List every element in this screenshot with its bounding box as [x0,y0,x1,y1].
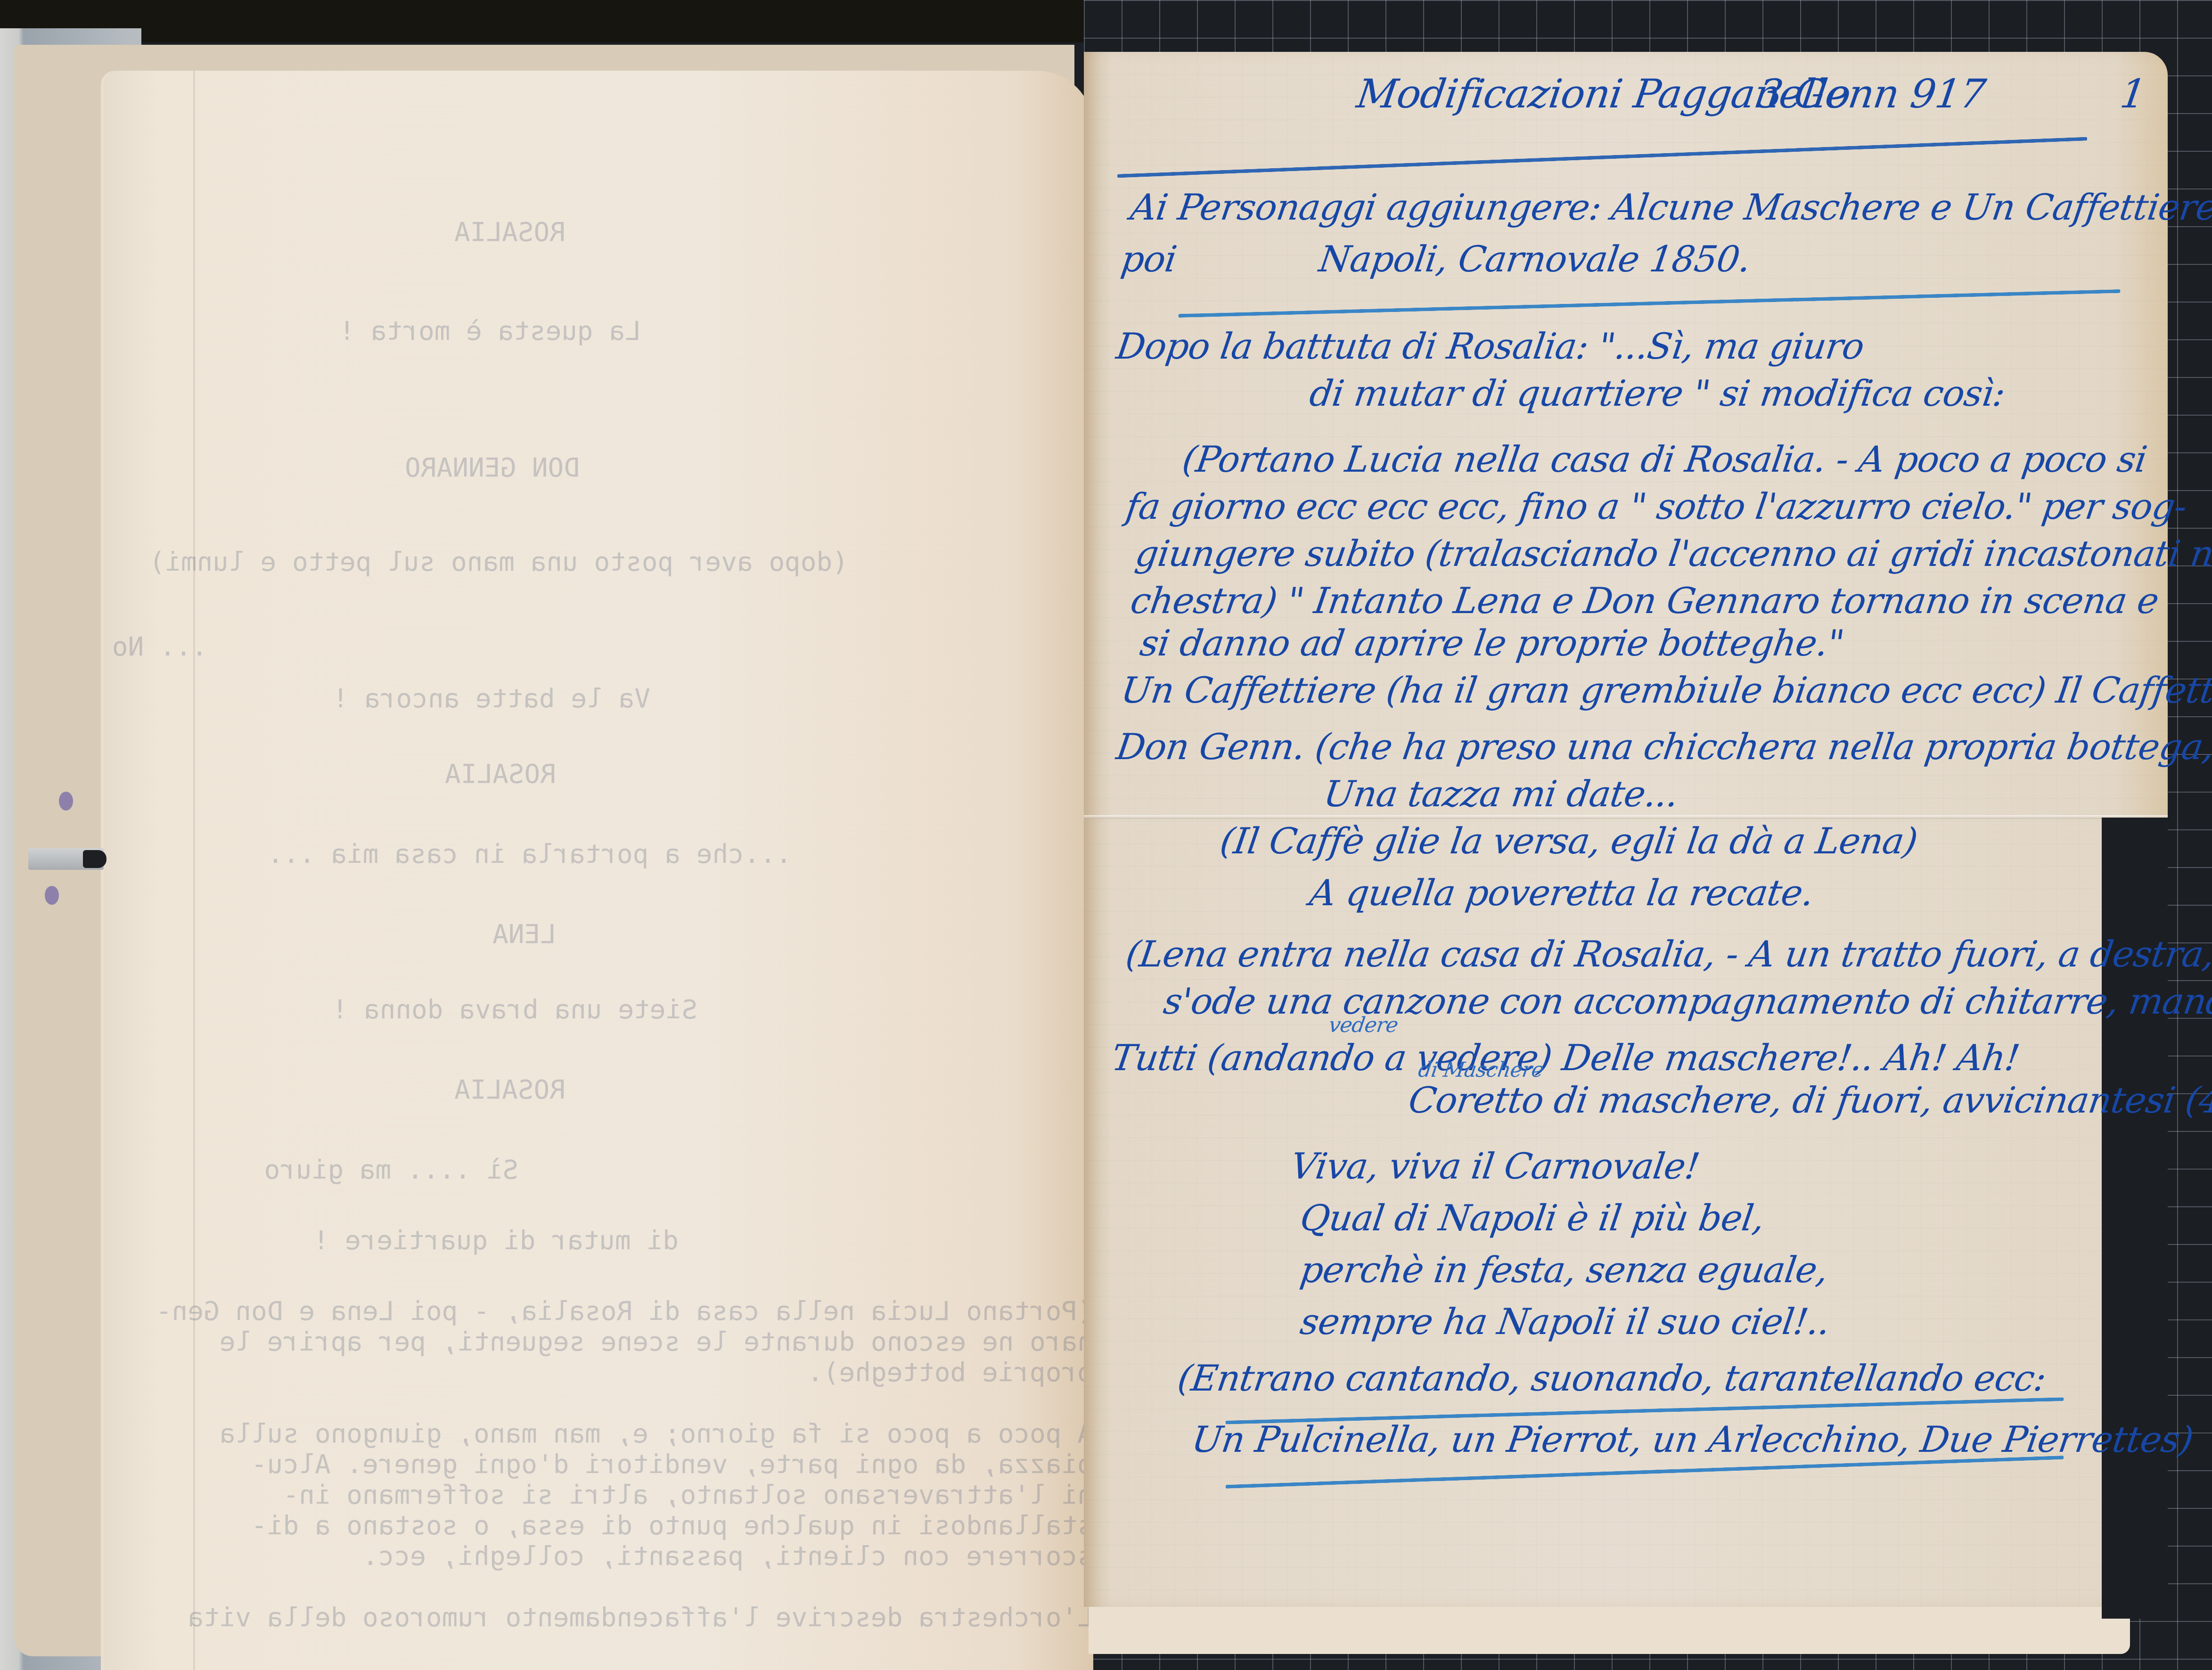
ink-stain [45,886,59,905]
manuscript-line: A quella poveretta la recate. [1307,872,1816,914]
manuscript-line: Ai Personaggi aggiungere: Alcune Mascher… [1128,186,2212,228]
manuscript-line: poi [1119,238,1179,280]
manuscript-line: fa giorno ecc ecc ecc, fino a " sotto l'… [1123,485,2189,527]
manuscript-line: (Lena entra nella casa di Rosalia, - A u… [1123,933,2212,975]
manuscript-line: giungere subito (tralasciando l'accenno … [1133,532,2212,574]
manuscript-line: Un Caffettiere (ha il gran grembiule bia… [1119,669,2212,711]
manuscript-line: Napoli, Carnovale 1850. [1317,238,1753,280]
ink-stain [59,792,73,810]
page-fold [1084,815,2168,819]
verse-line: Qual di Napoli è il più bel, [1298,1197,1767,1239]
verse-line: Viva, viva il Carnovale! [1288,1145,1702,1187]
interlinear-insertion: vedere [1327,1013,1399,1037]
interlinear-insertion: di Maschere [1417,1058,1545,1082]
manuscript-line: Tutti (andando a vedere) Delle maschere!… [1109,1037,2022,1079]
manuscript-line: si danno ad aprire le proprie botteghe." [1138,622,1847,664]
manuscript-date: 3 Genn 917 [1754,71,1988,117]
verse-line: sempre ha Napoli il suo ciel!.. [1298,1301,1833,1343]
manuscript-line: di mutar di quartiere " si modifica così… [1307,372,2008,414]
page-edge [193,71,195,1670]
left-page-typescript [104,71,1093,1670]
manuscript-line: Dopo la battuta di Rosalia: "...Sì, ma g… [1114,325,1867,367]
manuscript-line: Un Pulcinella, un Pierrot, un Arlecchino… [1189,1418,2196,1460]
binder-clip [28,848,104,870]
manuscript-line: Don Genn. (che ha preso una chicchera ne… [1114,726,2212,768]
manuscript-line: Una tazza mi date... [1321,773,1681,815]
manuscript-line: Coretto di maschere, di fuori, avvicinan… [1406,1079,2212,1121]
manuscript-line: (Portano Lucia nella casa di Rosalia. - … [1180,438,2149,480]
manuscript-line: chestra) " Intanto Lena e Don Gennaro to… [1128,580,2161,622]
verse-line: perchè in festa, senza eguale, [1298,1249,1831,1291]
manuscript-line: (Il Caffè glie la versa, egli la dà a Le… [1218,820,1920,862]
manuscript-line: (Entrano cantando, suonando, tarantellan… [1175,1357,2049,1399]
manuscript-line: s'ode una canzone con accompagnamento di… [1161,980,2212,1022]
